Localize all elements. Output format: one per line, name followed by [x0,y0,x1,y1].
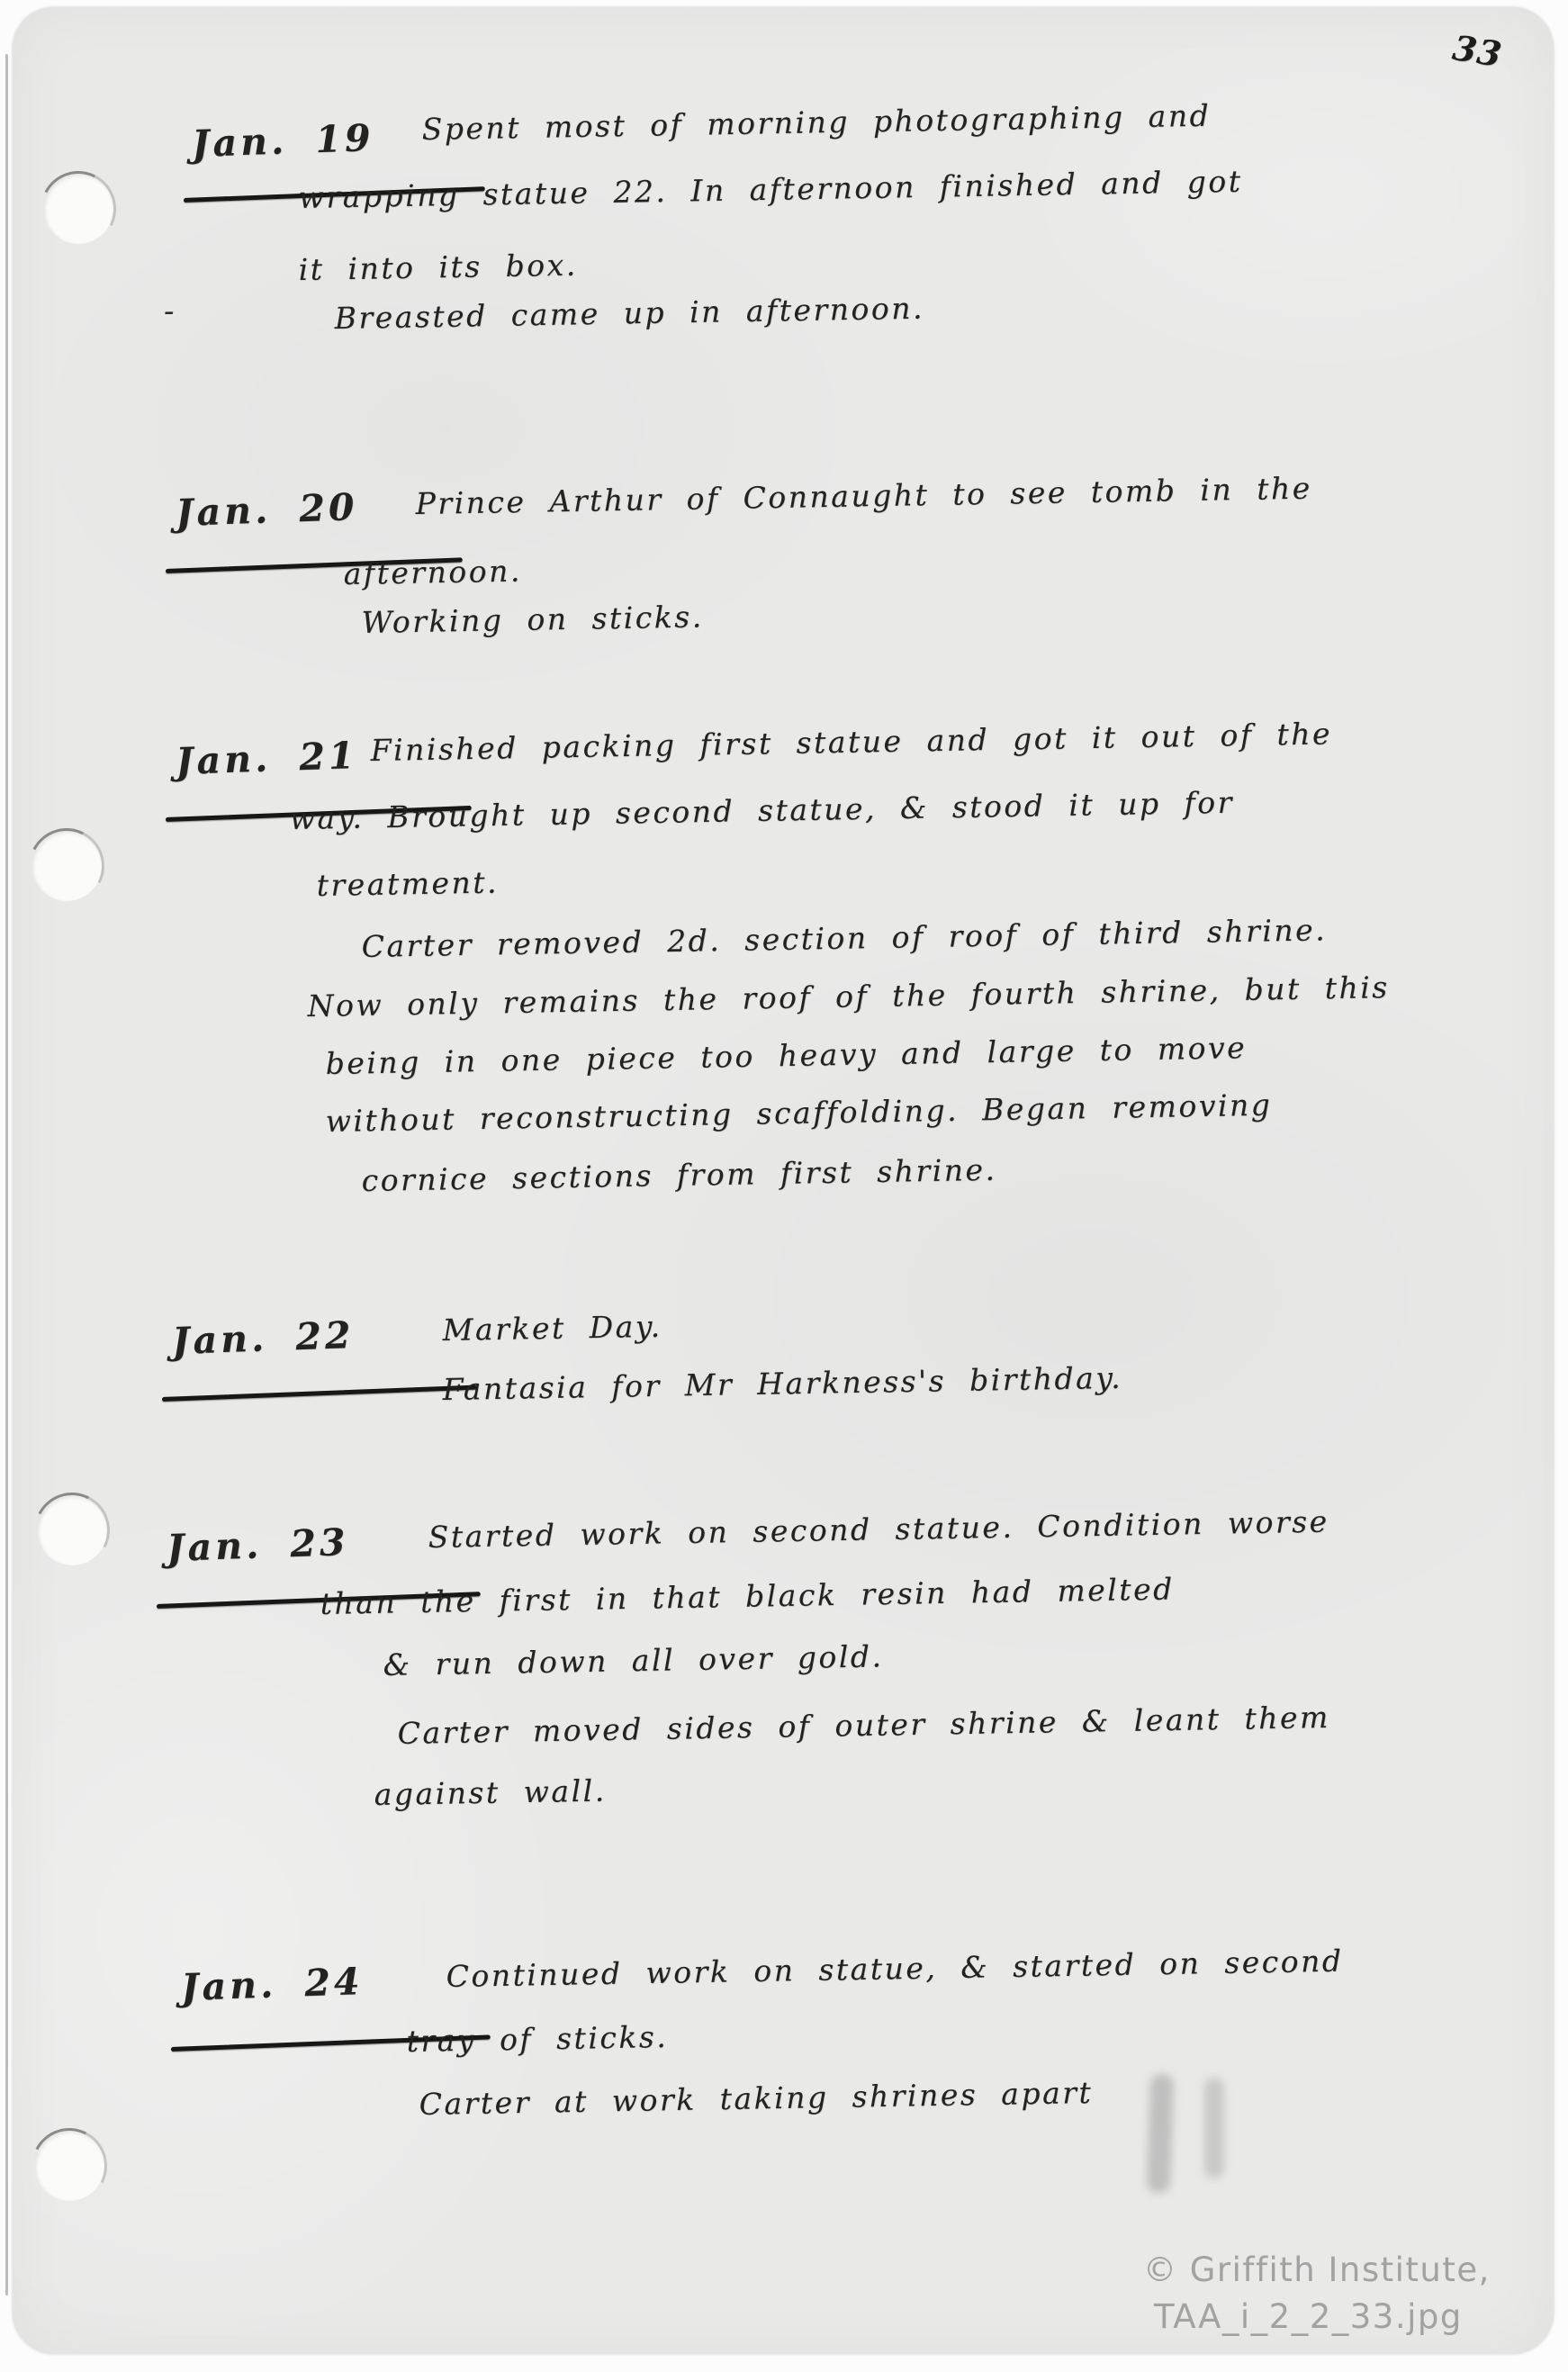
hole-punch [32,831,102,901]
entry-date-jan-24: Jan. 24 [180,1960,364,2009]
ink-smudge [1204,2078,1224,2178]
diary-line: Fantasia for Mr Harkness's birthday. [442,1360,1122,1407]
diary-line: treatment. [316,864,499,903]
diary-line: tray of sticks. [406,2019,668,2059]
diary-line: Carter removed 2d. section of roof of th… [361,912,1327,964]
diary-line: Carter at work taking shrines apart [419,2075,1093,2122]
copyright-watermark-line1: © Griffith Institute, [1143,2250,1491,2289]
diary-line: being in one piece too heavy and large t… [325,1030,1247,1081]
diary-line: Continued work on statue, & started on s… [446,1944,1343,1994]
diary-line: it into its box. [298,248,578,287]
page-number: 33 [1450,27,1505,75]
date-underline [162,1385,477,1402]
diary-line: Market Day. [442,1309,662,1348]
hole-punch [43,174,113,244]
entry-date-jan-23: Jan. 23 [166,1520,349,1570]
entry-date-jan-19: Jan. 19 [191,116,374,166]
diary-line: Working on sticks. [361,599,704,640]
diary-line: without reconstructing scaffolding. Bega… [325,1087,1272,1139]
entry-date-jan-21: Jan. 21 [175,734,358,783]
scan-edge-shadow [5,54,8,2295]
diary-line: Breasted came up in afternoon. [334,291,924,336]
diary-line: Spent most of morning photographing and [421,98,1211,147]
copyright-watermark-line2: TAA_i_2_2_33.jpg [1154,2297,1463,2336]
diary-line: afternoon. [343,554,522,591]
diary-line: than the first in that black resin had m… [320,1571,1175,1621]
diary-line: Carter moved sides of outer shrine & lea… [397,1700,1330,1751]
diary-line: Prince Arthur of Connaught to see tomb i… [415,471,1312,521]
diary-line: against wall. [374,1773,607,1812]
diary-line: Started work on second statue. Condition… [428,1504,1329,1555]
diary-line: Finished packing first statue and got it… [370,716,1332,768]
diary-page: 33 Jan. 19 Spent most of morning photogr… [13,7,1554,2354]
diary-line: cornice sections from first shrine. [361,1152,996,1198]
entry-date-jan-22: Jan. 22 [171,1313,355,1363]
diary-line: wrapping statue 22. In afternoon finishe… [298,164,1242,215]
diary-line: & run down all over gold. [383,1638,883,1682]
hole-punch [37,1495,107,1565]
margin-dash: - [164,293,175,329]
hole-punch [34,2131,104,2201]
diary-line: way. Brought up second statue, & stood i… [289,785,1234,836]
entry-date-jan-20: Jan. 20 [175,485,358,535]
ink-smudge [1147,2074,1175,2194]
diary-line: Now only remains the roof of the fourth … [307,970,1390,1024]
